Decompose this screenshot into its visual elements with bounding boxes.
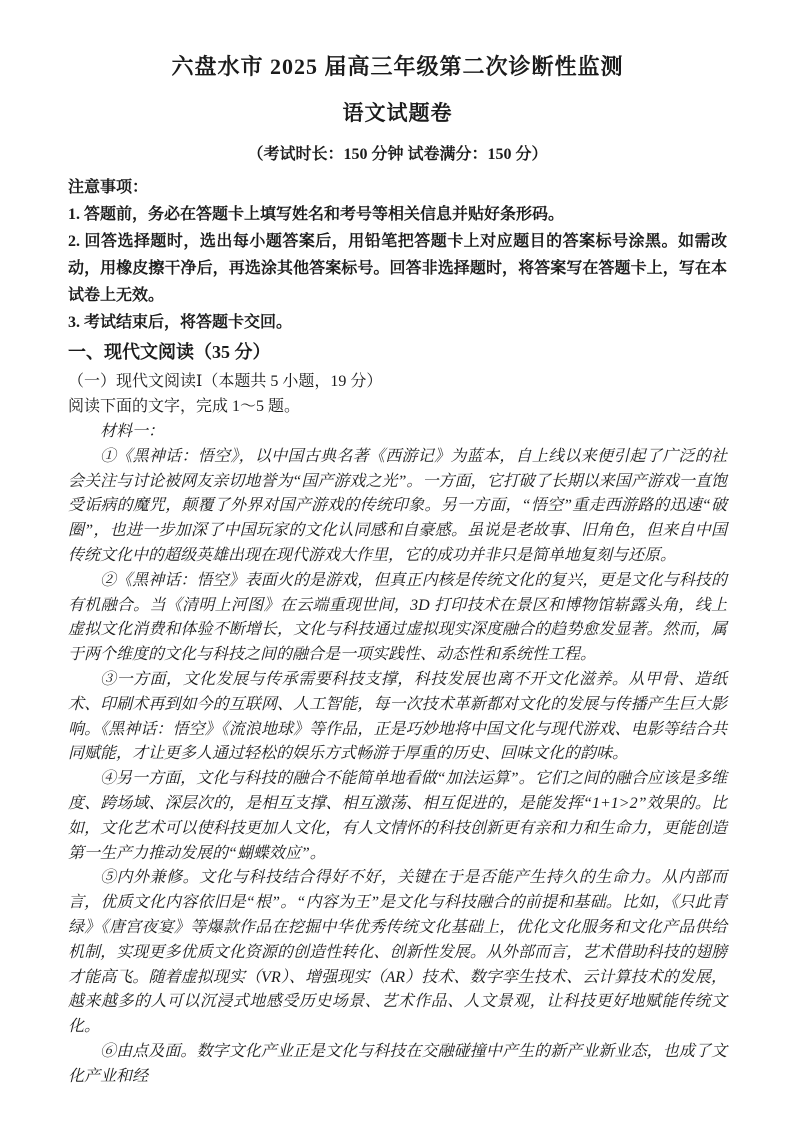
notice-item-3: 3. 考试结束后，将答题卡交回。	[68, 309, 727, 336]
notices-block: 注意事项： 1. 答题前，务必在答题卡上填写姓名和考号等相关信息并贴好条形码。 …	[68, 174, 727, 336]
notice-item-1: 1. 答题前，务必在答题卡上填写姓名和考号等相关信息并贴好条形码。	[68, 201, 727, 228]
paper-subtitle: 语文试题卷	[68, 99, 727, 127]
material-paragraph-6: ⑥由点及面。数字文化产业正是文化与科技在交融碰撞中产生的新产业新业态，也成了文化…	[68, 1040, 727, 1090]
exam-title: 六盘水市 2025 届高三年级第二次诊断性监测	[68, 52, 727, 82]
notice-item-2: 2. 回答选择题时，选出每小题答案后，用铅笔把答题卡上对应题目的答案标号涂黑。如…	[68, 228, 727, 309]
material-paragraph-2: ②《黑神话：悟空》表面火的是游戏，但真正内核是传统文化的复兴，更是文化与科技的有…	[68, 569, 727, 668]
material-paragraph-3: ③一方面，文化发展与传承需要科技支撑，科技发展也离不开文化滋养。从甲骨、造纸术、…	[68, 668, 727, 767]
reading-instruction: 阅读下面的文字，完成 1～5 题。	[68, 396, 727, 418]
reading-one-subheading: （一）现代文阅读Ⅰ（本题共 5 小题，19 分）	[68, 371, 727, 393]
exam-paper-page: 六盘水市 2025 届高三年级第二次诊断性监测 语文试题卷 （考试时长：150 …	[0, 0, 793, 1122]
material-one-block: 材料一： ①《黑神话：悟空》，以中国古典名著《西游记》为蓝本，自上线以来便引起了…	[68, 420, 727, 1090]
notices-heading: 注意事项：	[68, 174, 727, 201]
material-paragraph-5: ⑤内外兼修。文化与科技结合得好不好，关键在于是否能产生持久的生命力。从内部而言，…	[68, 866, 727, 1040]
section-one-heading: 一、现代文阅读（35 分）	[68, 340, 727, 364]
material-paragraph-4: ④另一方面，文化与科技的融合不能简单地看做“加法运算”。它们之间的融合应该是多维…	[68, 767, 727, 866]
material-one-label: 材料一：	[68, 420, 727, 445]
exam-duration-info: （考试时长：150 分钟 试卷满分：150 分）	[68, 144, 727, 165]
material-paragraph-1: ①《黑神话：悟空》，以中国古典名著《西游记》为蓝本，自上线以来便引起了广泛的社会…	[68, 445, 727, 569]
